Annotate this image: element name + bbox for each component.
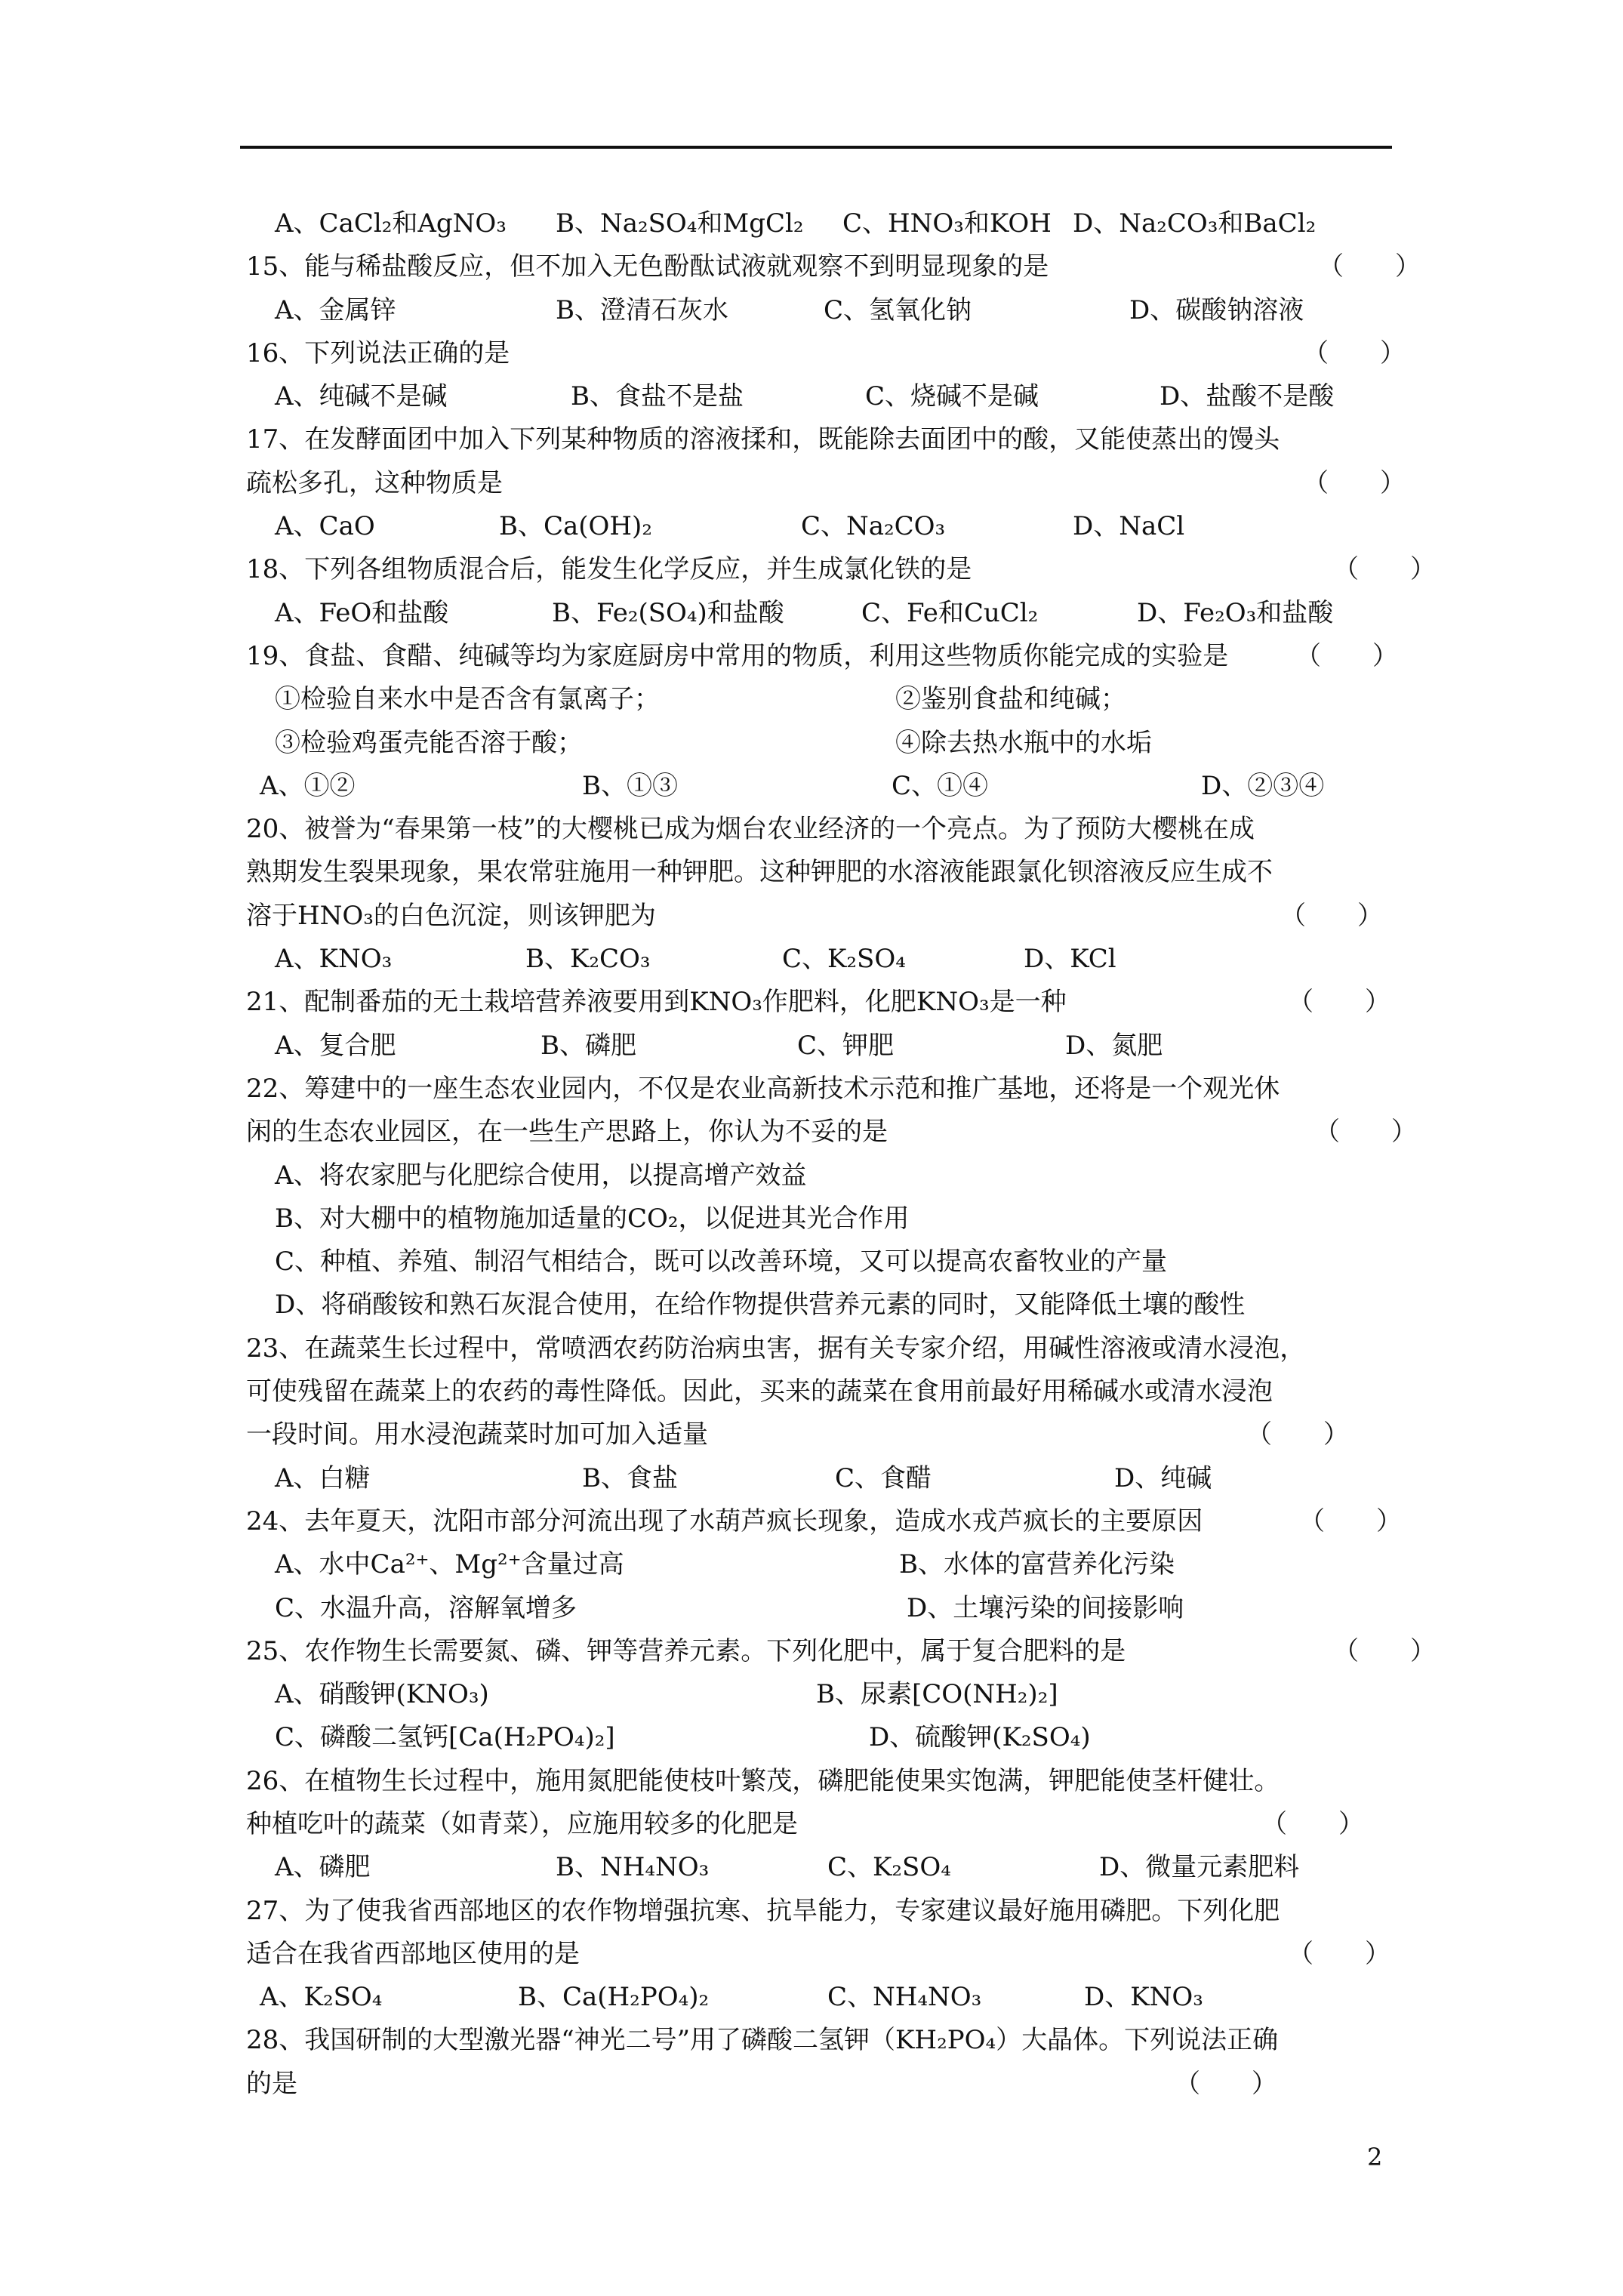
q28-stem-2: 的是 （ ）: [246, 2063, 1469, 2106]
option-c: C、K₂SO₄: [782, 938, 906, 981]
option-d: D、Fe₂O₃和盐酸: [1137, 592, 1333, 635]
option-d: D、②③④: [1201, 765, 1324, 808]
option-b: B、尿素[CO(NH₂)₂]: [816, 1673, 1058, 1716]
answer-bracket: （ ）: [1303, 462, 1406, 505]
option-a: A、K₂SO₄: [260, 1976, 382, 2019]
option-b: B、Ca(H₂PO₄)₂: [518, 1976, 709, 2019]
option-a: A、纯碱不是碱: [275, 375, 448, 418]
question-text: 17、在发酵面团中加入下列某种物质的溶液揉和，既能除去面团中的酸，又能使蒸出的馒…: [246, 424, 1280, 455]
question-text: 一段时间。用水浸泡蔬菜时加可加入适量: [246, 1419, 708, 1450]
option-c: C、钾肥: [797, 1025, 894, 1068]
q23-options: A、白糖 B、食盐 C、食醋 D、纯碱: [246, 1457, 1469, 1500]
q21-stem: 21、配制番茄的无土栽培营养液要用到KNO₃作肥料，化肥KNO₃是一种 （ ）: [246, 981, 1469, 1024]
option-d: D、KCl: [1024, 938, 1116, 981]
q20-stem-2: 熟期发生裂果现象，果农常驻施用一种钾肥。这种钾肥的水溶液能跟氯化钡溶液反应生成不: [246, 851, 1469, 894]
option-a: A、①②: [260, 765, 356, 808]
header-rule: [240, 146, 1392, 149]
answer-bracket: （ ）: [1288, 1933, 1390, 1976]
option-c: C、NH₄NO₃: [827, 1976, 981, 2019]
option-a: A、水中Ca²⁺、Mg²⁺含量过高: [275, 1543, 624, 1586]
page-number: 2: [1367, 2143, 1382, 2171]
q20-stem-3: 溶于HNO₃的白色沉淀，则该钾肥为 （ ）: [246, 895, 1469, 938]
question-text: 23、在蔬菜生长过程中，常喷洒农药防治病虫害，据有关专家介绍，用碱性溶液或清水浸…: [246, 1333, 1305, 1364]
answer-bracket: （ ）: [1288, 981, 1390, 1024]
question-text: 18、下列各组物质混合后，能发生化学反应，并生成氯化铁的是: [246, 554, 972, 584]
option-c: C、①④: [892, 765, 988, 808]
option-a: A、硝酸钾(KNO₃): [275, 1673, 489, 1716]
q26-stem-1: 26、在植物生长过程中，施用氮肥能使枝叶繁茂，磷肥能使果实饱满，钾肥能使茎杆健壮…: [246, 1760, 1469, 1803]
option-d: D、土壤污染的间接影响: [907, 1587, 1184, 1630]
q22-option-a: A、将农家肥与化肥综合使用，以提高增产效益: [246, 1154, 1469, 1197]
option-b: B、磷肥: [540, 1025, 636, 1068]
q22-option-b: B、对大棚中的植物施加适量的CO₂，以促进其光合作用: [246, 1197, 1469, 1240]
question-text: 21、配制番茄的无土栽培营养液要用到KNO₃作肥料，化肥KNO₃是一种: [246, 987, 1067, 1017]
statement-2: ②鉴别食盐和纯碱；: [895, 678, 1126, 721]
q14-option-c: C、HNO₃和KOH: [842, 202, 1052, 245]
option-a: A、KNO₃: [275, 938, 392, 981]
option-c: C、食醋: [835, 1457, 932, 1500]
q19-items-2: ③检验鸡蛋壳能否溶于酸； ④除去热水瓶中的水垢: [246, 722, 1469, 765]
q25-options-2: C、磷酸二氢钙[Ca(H₂PO₄)₂] D、硫酸钾(K₂SO₄): [246, 1716, 1469, 1759]
q27-stem-2: 适合在我省西部地区使用的是 （ ）: [246, 1933, 1469, 1976]
q14-option-a: A、CaCl₂和AgNO₃: [275, 202, 507, 245]
answer-bracket: （ ）: [1318, 245, 1421, 288]
q25-options-1: A、硝酸钾(KNO₃) B、尿素[CO(NH₂)₂]: [246, 1673, 1469, 1716]
q14-option-b: B、Na₂SO₄和MgCl₂: [556, 202, 804, 245]
option-b: B、食盐不是盐: [571, 375, 744, 418]
q15-stem: 15、能与稀盐酸反应，但不加入无色酚酞试液就观察不到明显现象的是 （ ）: [246, 245, 1469, 288]
option-c: C、K₂SO₄: [827, 1846, 951, 1889]
option-a: A、复合肥: [275, 1025, 396, 1068]
answer-bracket: （ ）: [1314, 1111, 1417, 1154]
option-d: D、氮肥: [1065, 1025, 1163, 1068]
q17-options: A、CaO B、Ca(OH)₂ C、Na₂CO₃ D、NaCl: [246, 505, 1469, 548]
option-c: C、Fe和CuCl₂: [861, 592, 1038, 635]
option-a: A、金属锌: [275, 289, 396, 332]
q17-stem-1: 17、在发酵面团中加入下列某种物质的溶液揉和，既能除去面团中的酸，又能使蒸出的馒…: [246, 418, 1469, 461]
q25-stem: 25、农作物生长需要氮、磷、钾等营养元素。下列化肥中，属于复合肥料的是 （ ）: [246, 1630, 1469, 1673]
question-text: 25、农作物生长需要氮、磷、钾等营养元素。下列化肥中，属于复合肥料的是: [246, 1636, 1126, 1666]
option-b: B、NH₄NO₃: [556, 1846, 709, 1889]
option-d: D、盐酸不是酸: [1160, 375, 1334, 418]
option-b: B、Fe₂(SO₄)和盐酸: [552, 592, 784, 635]
option-d: D、硫酸钾(K₂SO₄): [869, 1716, 1091, 1759]
answer-bracket: （ ）: [1333, 1630, 1436, 1673]
option-b: B、①③: [582, 765, 678, 808]
q22-option-d: D、将硝酸铵和熟石灰混合使用，在给作物提供营养元素的同时，又能降低土壤的酸性: [246, 1284, 1469, 1327]
question-text: 闲的生态农业园区，在一些生产思路上，你认为不妥的是: [246, 1117, 888, 1147]
q19-items-1: ①检验自来水中是否含有氯离子； ②鉴别食盐和纯碱；: [246, 678, 1469, 721]
q19-stem: 19、食盐、食醋、纯碱等均为家庭厨房中常用的物质，利用这些物质你能完成的实验是 …: [246, 635, 1469, 678]
question-text: 20、被誉为“春果第一枝”的大樱桃已成为烟台农业经济的一个亮点。为了预防大樱桃在…: [246, 814, 1255, 844]
q27-stem-1: 27、为了使我省西部地区的农作物增强抗寒、抗旱能力，专家建议最好施用磷肥。下列化…: [246, 1890, 1469, 1933]
question-text: 16、下列说法正确的是: [246, 338, 510, 368]
option-d: D、NaCl: [1073, 505, 1184, 548]
option-b: B、Ca(OH)₂: [499, 505, 652, 548]
q26-options: A、磷肥 B、NH₄NO₃ C、K₂SO₄ D、微量元素肥料: [246, 1846, 1469, 1889]
statement-3: ③检验鸡蛋壳能否溶于酸；: [275, 722, 583, 765]
question-text: 溶于HNO₃的白色沉淀，则该钾肥为: [246, 901, 656, 931]
q23-stem-1: 23、在蔬菜生长过程中，常喷洒农药防治病虫害，据有关专家介绍，用碱性溶液或清水浸…: [246, 1327, 1469, 1370]
question-text: 种植吃叶的蔬菜（如青菜），应施用较多的化肥是: [246, 1809, 798, 1839]
option-a: A、FeO和盐酸: [275, 592, 448, 635]
option-b: B、澄清石灰水: [556, 289, 728, 332]
q21-options: A、复合肥 B、磷肥 C、钾肥 D、氮肥: [246, 1025, 1469, 1068]
q24-stem: 24、去年夏天，沈阳市部分河流出现了水葫芦疯长现象，造成水戎芦疯长的主要原因 （…: [246, 1500, 1469, 1543]
option-c: C、Na₂CO₃: [801, 505, 945, 548]
option-a: A、CaO: [275, 505, 375, 548]
answer-bracket: （ ）: [1303, 332, 1406, 375]
answer-bracket: （ ）: [1333, 548, 1436, 591]
q20-stem-1: 20、被誉为“春果第一枝”的大樱桃已成为烟台农业经济的一个亮点。为了预防大樱桃在…: [246, 808, 1469, 851]
q26-stem-2: 种植吃叶的蔬菜（如青菜），应施用较多的化肥是 （ ）: [246, 1803, 1469, 1846]
option-d: D、纯碱: [1114, 1457, 1212, 1500]
q16-stem: 16、下列说法正确的是 （ ）: [246, 332, 1469, 375]
answer-bracket: （ ）: [1246, 1413, 1349, 1456]
option-d: D、碳酸钠溶液: [1129, 289, 1304, 332]
q18-stem: 18、下列各组物质混合后，能发生化学反应，并生成氯化铁的是 （ ）: [246, 548, 1469, 591]
question-text: 27、为了使我省西部地区的农作物增强抗寒、抗旱能力，专家建议最好施用磷肥。下列化…: [246, 1896, 1280, 1926]
q22-option-c: C、种植、养殖、制沼气相结合，既可以改善环境，又可以提高农畜牧业的产量: [246, 1240, 1469, 1284]
q22-stem-2: 闲的生态农业园区，在一些生产思路上，你认为不妥的是 （ ）: [246, 1111, 1469, 1154]
q14-options: A、CaCl₂和AgNO₃ B、Na₂SO₄和MgCl₂ C、HNO₃和KOH …: [246, 202, 1469, 245]
question-text: 的是: [246, 2069, 297, 2099]
q18-options: A、FeO和盐酸 B、Fe₂(SO₄)和盐酸 C、Fe和CuCl₂ D、Fe₂O…: [246, 592, 1469, 635]
option-a: A、白糖: [275, 1457, 371, 1500]
question-text: 熟期发生裂果现象，果农常驻施用一种钾肥。这种钾肥的水溶液能跟氯化钡溶液反应生成不: [246, 857, 1273, 887]
q16-options: A、纯碱不是碱 B、食盐不是盐 C、烧碱不是碱 D、盐酸不是酸: [246, 375, 1469, 418]
q14-option-d: D、Na₂CO₃和BaCl₂: [1073, 202, 1316, 245]
question-text: 26、在植物生长过程中，施用氮肥能使枝叶繁茂，磷肥能使果实饱满，钾肥能使茎杆健壮…: [246, 1766, 1280, 1796]
option-c: C、烧碱不是碱: [865, 375, 1039, 418]
option-b: B、食盐: [582, 1457, 678, 1500]
question-text: 适合在我省西部地区使用的是: [246, 1939, 580, 1969]
answer-bracket: （ ）: [1175, 2063, 1277, 2106]
question-text: 28、我国研制的大型激光器“神光二号”用了磷酸二氢钾（KH₂PO₄）大晶体。下列…: [246, 2025, 1278, 2055]
option-c: C、磷酸二氢钙[Ca(H₂PO₄)₂]: [275, 1716, 615, 1759]
option-c: C、氢氧化钠: [824, 289, 972, 332]
q22-stem-1: 22、筹建中的一座生态农业园内，不仅是农业高新技术示范和推广基地，还将是一个观光…: [246, 1068, 1469, 1111]
statement-1: ①检验自来水中是否含有氯离子；: [275, 678, 660, 721]
question-text: 可使残留在蔬菜上的农药的毒性降低。因此，买来的蔬菜在食用前最好用稀碱水或清水浸泡: [246, 1376, 1273, 1407]
option-b: B、K₂CO₃: [525, 938, 651, 981]
q24-options-1: A、水中Ca²⁺、Mg²⁺含量过高 B、水体的富营养化污染: [246, 1543, 1469, 1586]
question-text: 15、能与稀盐酸反应，但不加入无色酚酞试液就观察不到明显现象的是: [246, 251, 1049, 282]
q27-options: A、K₂SO₄ B、Ca(H₂PO₄)₂ C、NH₄NO₃ D、KNO₃: [246, 1976, 1469, 2019]
question-text: 19、食盐、食醋、纯碱等均为家庭厨房中常用的物质，利用这些物质你能完成的实验是: [246, 641, 1228, 671]
answer-bracket: （ ）: [1280, 895, 1383, 938]
question-text: 24、去年夏天，沈阳市部分河流出现了水葫芦疯长现象，造成水戎芦疯长的主要原因: [246, 1506, 1203, 1536]
question-text: 22、筹建中的一座生态农业园内，不仅是农业高新技术示范和推广基地，还将是一个观光…: [246, 1074, 1280, 1104]
statement-4: ④除去热水瓶中的水垢: [895, 722, 1152, 765]
answer-bracket: （ ）: [1295, 635, 1398, 678]
q15-options: A、金属锌 B、澄清石灰水 C、氢氧化钠 D、碳酸钠溶液: [246, 289, 1469, 332]
q23-stem-3: 一段时间。用水浸泡蔬菜时加可加入适量 （ ）: [246, 1413, 1469, 1456]
q23-stem-2: 可使残留在蔬菜上的农药的毒性降低。因此，买来的蔬菜在食用前最好用稀碱水或清水浸泡: [246, 1370, 1469, 1413]
q19-options: A、①② B、①③ C、①④ D、②③④: [246, 765, 1469, 808]
q28-stem-1: 28、我国研制的大型激光器“神光二号”用了磷酸二氢钾（KH₂PO₄）大晶体。下列…: [246, 2019, 1469, 2062]
q24-options-2: C、水温升高，溶解氧增多 D、土壤污染的间接影响: [246, 1587, 1469, 1630]
answer-bracket: （ ）: [1261, 1803, 1364, 1846]
exam-page: A、CaCl₂和AgNO₃ B、Na₂SO₄和MgCl₂ C、HNO₃和KOH …: [246, 202, 1469, 2106]
option-a: A、磷肥: [275, 1846, 371, 1889]
question-text: 疏松多孔，这种物质是: [246, 468, 503, 498]
option-d: D、KNO₃: [1084, 1976, 1203, 2019]
option-d: D、微量元素肥料: [1099, 1846, 1299, 1889]
option-b: B、水体的富营养化污染: [899, 1543, 1175, 1586]
answer-bracket: （ ）: [1299, 1500, 1402, 1543]
option-c: C、水温升高，溶解氧增多: [275, 1587, 577, 1630]
q17-stem-2: 疏松多孔，这种物质是 （ ）: [246, 462, 1469, 505]
q20-options: A、KNO₃ B、K₂CO₃ C、K₂SO₄ D、KCl: [246, 938, 1469, 981]
